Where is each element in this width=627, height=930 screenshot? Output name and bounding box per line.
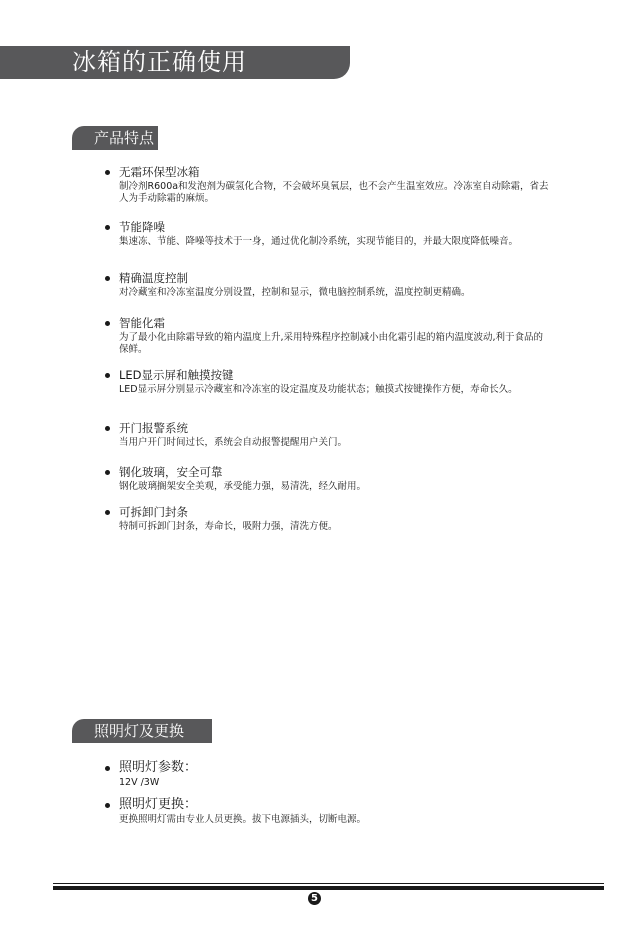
feature-desc: 为了最小化由除霜导致的箱内温度上升,采用特殊程序控制减小由化霜引起的箱内温度波动… [119, 332, 549, 356]
bullet-icon [105, 426, 110, 431]
feature-title: 节能降噪 [119, 220, 165, 234]
bullet-icon [105, 510, 110, 515]
feature-title: 无霜环保型冰箱 [119, 165, 200, 179]
page-title-banner: 冰箱的正确使用 [0, 46, 350, 79]
feature-desc: 集速冻、节能、降噪等技术于一身，通过优化制冷系统，实现节能目的，并最大限度降低噪… [119, 236, 549, 248]
feature-title: LED显示屏和触摸按键 [119, 368, 234, 382]
feature-title: 智能化霜 [119, 316, 165, 330]
section-heading-features: 产品特点 [72, 126, 158, 150]
section-heading-lighting: 照明灯及更换 [72, 719, 212, 743]
feature-title: 开门报警系统 [119, 421, 188, 435]
bullet-icon [105, 373, 110, 378]
bullet-icon [105, 321, 110, 326]
lighting-title: 照明灯参数： [119, 761, 197, 775]
bullet-icon [105, 276, 110, 281]
feature-desc: 钢化玻璃搁架安全美观，承受能力强，易清洗，经久耐用。 [119, 481, 549, 493]
feature-desc: 制冷剂R600a和发泡剂为碳氢化合物，不会破坏臭氧层，也不会产生温室效应。冷冻室… [119, 181, 549, 205]
lighting-desc: 12V /3W [119, 777, 549, 789]
feature-desc: 特制可拆卸门封条，寿命长，吸附力强，清洗方便。 [119, 521, 549, 533]
footer-rule-thick [53, 886, 604, 890]
feature-title: 钢化玻璃，安全可靠 [119, 465, 223, 479]
lighting-title: 照明灯更换： [119, 798, 197, 812]
page-title: 冰箱的正确使用 [72, 47, 247, 77]
feature-desc: LED显示屏分别显示冷藏室和冷冻室的设定温度及功能状态；触摸式按键操作方便，寿命… [119, 384, 549, 396]
bullet-icon [105, 766, 110, 771]
lighting-desc: 更换照明灯需由专业人员更换。拔下电源插头，切断电源。 [119, 814, 549, 826]
bullet-icon [105, 803, 110, 808]
feature-desc: 当用户开门时间过长，系统会自动报警提醒用户关门。 [119, 437, 549, 449]
page-number: 5 [308, 892, 321, 905]
feature-title: 可拆卸门封条 [119, 505, 188, 519]
feature-desc: 对冷藏室和冷冻室温度分别设置，控制和显示，微电脑控制系统，温度控制更精确。 [119, 287, 549, 299]
bullet-icon [105, 170, 110, 175]
bullet-icon [105, 225, 110, 230]
feature-title: 精确温度控制 [119, 271, 188, 285]
footer-rule-thin [53, 883, 604, 884]
bullet-icon [105, 470, 110, 475]
